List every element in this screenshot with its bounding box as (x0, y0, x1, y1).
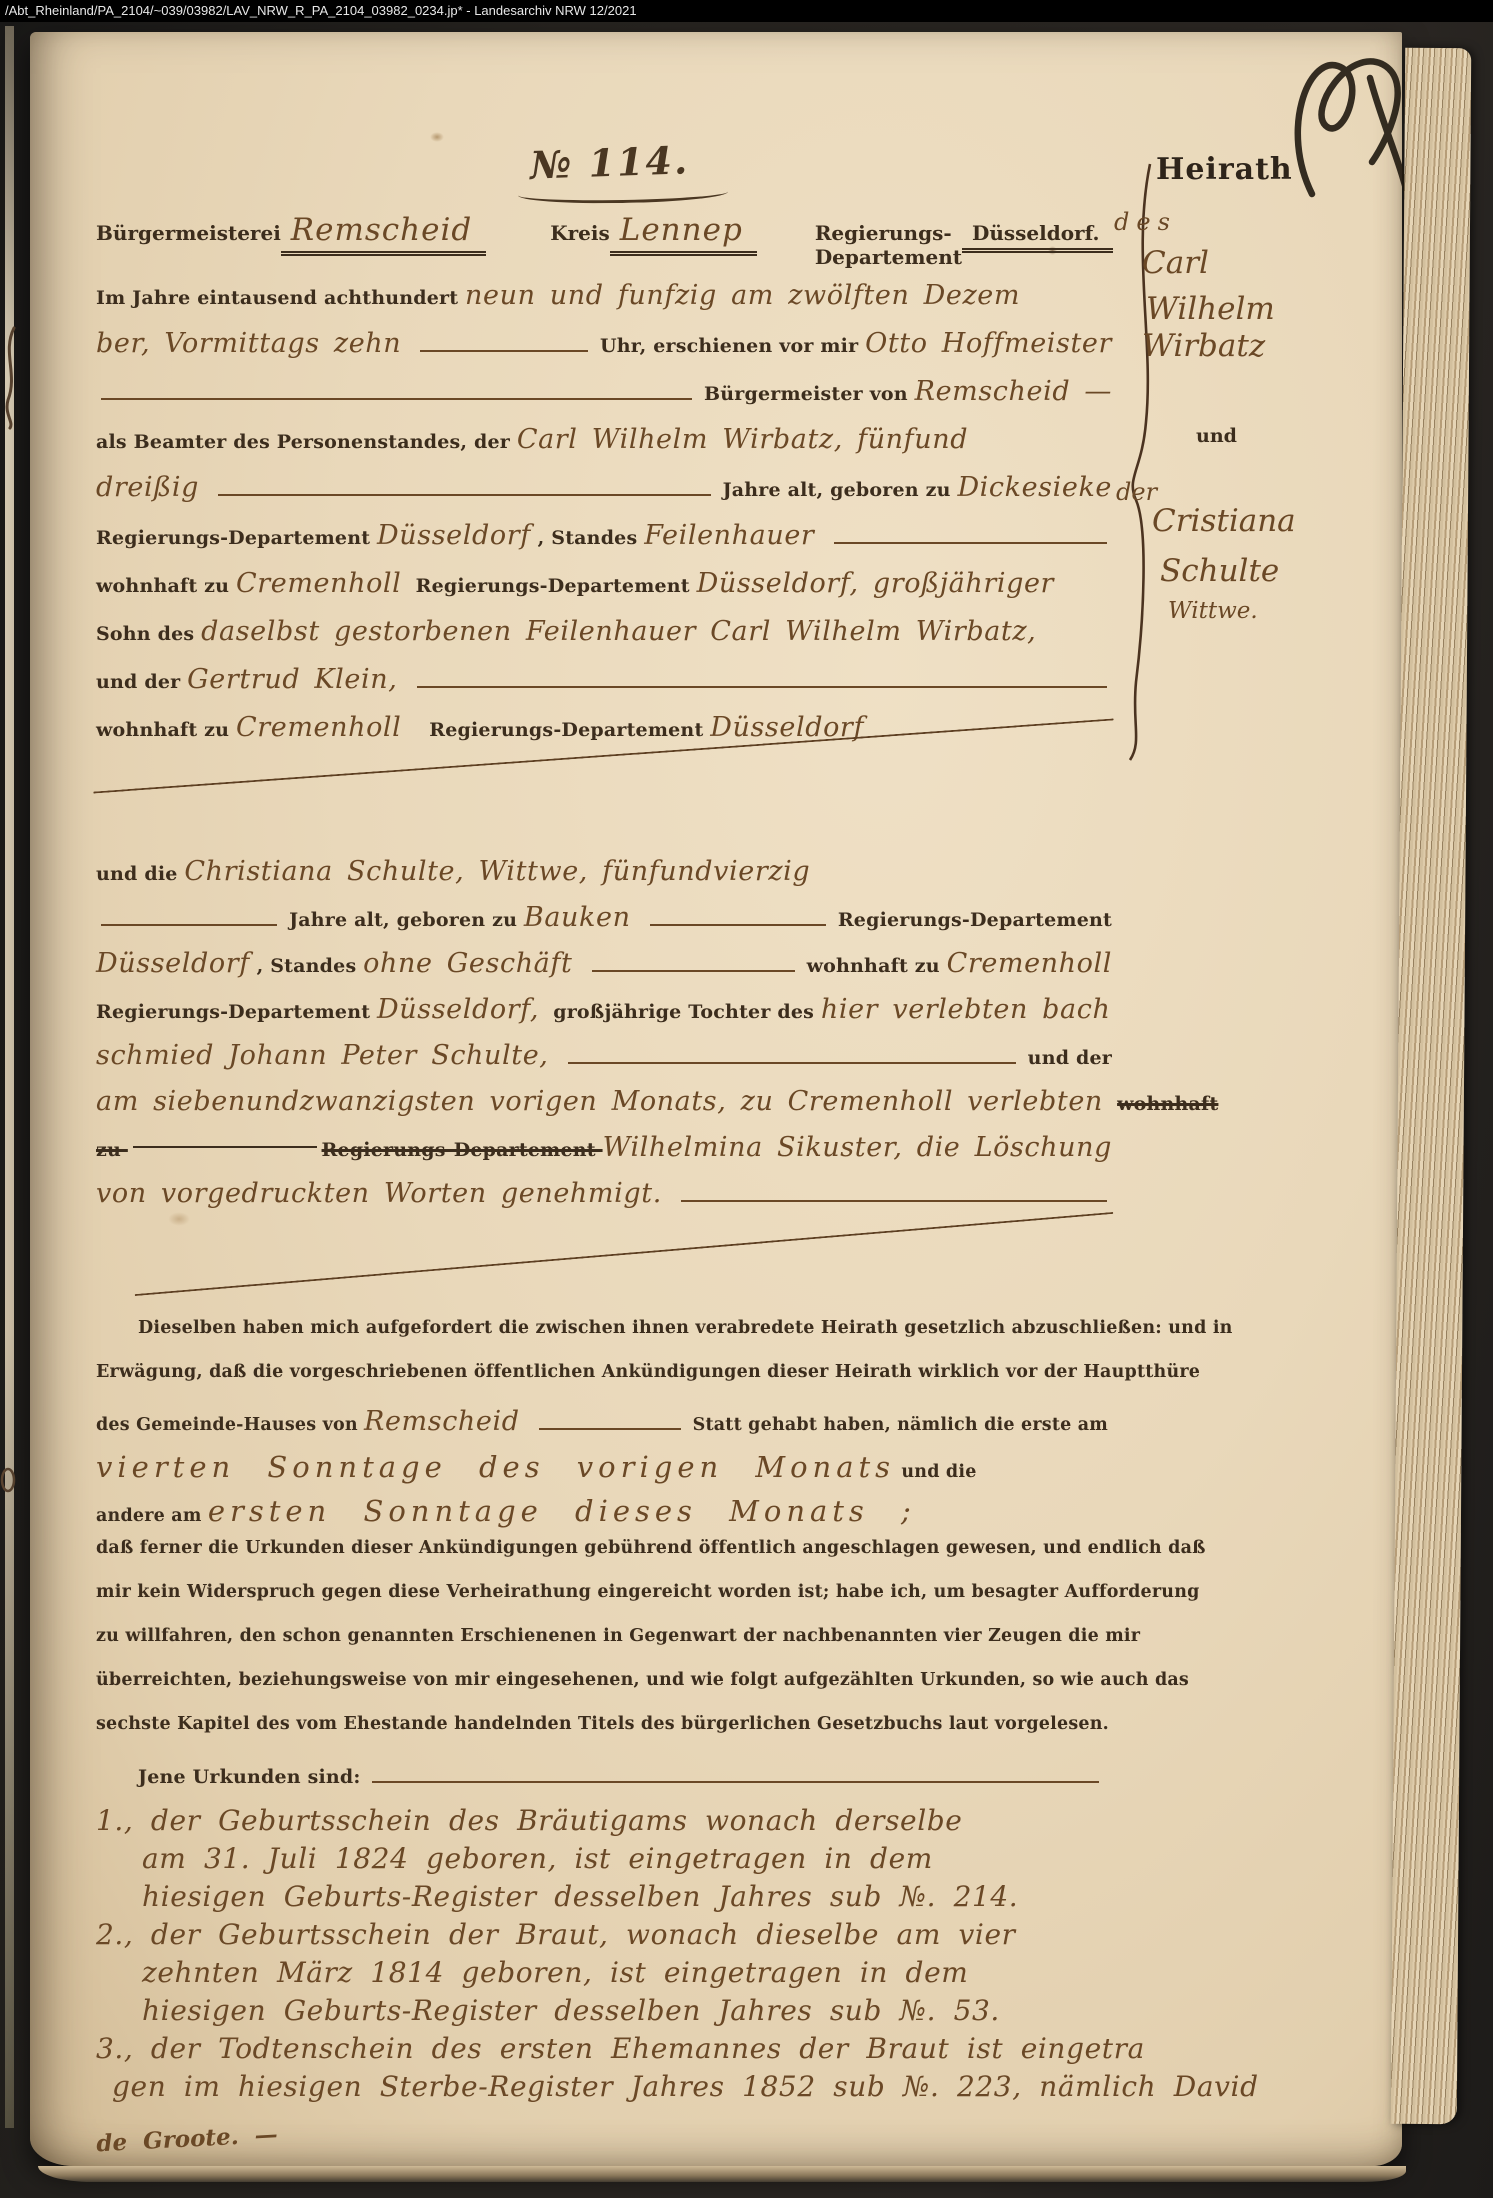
handwritten-text: Wilhelmina Sikuster, die Löschung (603, 1132, 1112, 1163)
printed-text: großjährige Tochter des (553, 1001, 821, 1023)
announcement-paragraph: Dieselben haben mich aufgefordert die zw… (96, 1318, 1108, 1758)
document-line: vierten Sonntage des vorigen Monats und … (96, 1450, 1108, 1494)
printed-text: Im Jahre eintausend achthundert (96, 287, 465, 309)
document-line: zu Regierungs-Departement Wilhelmina Sik… (96, 1132, 1112, 1178)
buergermeisterei-value: Remscheid (281, 212, 486, 256)
margin-heading: Heirath (1156, 152, 1293, 187)
printed-text: daß ferner die Urkunden dieser Ankündigu… (96, 1538, 1206, 1558)
ink-rule (568, 1048, 1016, 1064)
ink-rule (834, 528, 1107, 544)
printed-text: zu willfahren, den schon genannten Ersch… (96, 1626, 1140, 1646)
groom-section: Im Jahre eintausend achthundert neun und… (96, 280, 1112, 760)
printed-text: und der (96, 671, 187, 693)
ink-rule (101, 910, 277, 926)
handwritten-text: hiesigen Geburts-Register desselben Jahr… (142, 1880, 1018, 1913)
handwritten-text: ber, Vormittags zehn (96, 328, 415, 359)
ink-rule (218, 480, 711, 496)
document-line: mir kein Widerspruch gegen diese Verheir… (96, 1582, 1108, 1626)
handwritten-text: am siebenundzwanzigsten vorigen Monats, … (96, 1086, 1117, 1117)
ink-rule (417, 672, 1107, 688)
handwritten-text: hiesigen Geburts-Register desselben Jahr… (142, 1994, 1000, 2027)
document-line: Düsseldorf , Standes ohne Geschäft wohnh… (96, 948, 1112, 994)
printed-text: Dieselben haben mich aufgefordert die zw… (138, 1318, 1233, 1338)
document-line: ber, Vormittags zehn Uhr, erschienen vor… (96, 328, 1112, 376)
documents-list: Jene Urkunden sind: 1., der Geburtsschei… (96, 1766, 1104, 2142)
kreis-label: Kreis (550, 221, 610, 245)
margin-groom-name: Wilhelm (1146, 291, 1275, 327)
document-line: hiesigen Geburts-Register desselben Jahr… (96, 1880, 1104, 1918)
handwritten-text: Düsseldorf (377, 520, 531, 551)
document-line: Jahre alt, geboren zu Bauken Regierungs-… (96, 902, 1112, 948)
printed-text: Sohn des (96, 623, 201, 645)
document-line: Regierungs-Departement Düsseldorf, großj… (96, 994, 1112, 1040)
document-line: des Gemeinde-Hauses von Remscheid Statt … (96, 1406, 1108, 1450)
handwritten-text: vierten Sonntage des vorigen Monats (96, 1450, 895, 1484)
margin-connector: und (1196, 425, 1237, 447)
struck-text: zu (96, 1139, 128, 1161)
window-title-text: /Abt_Rheinland/PA_2104/~039/03982/LAV_NR… (5, 3, 637, 18)
handwritten-text: de Groote. — (96, 2121, 279, 2157)
handwritten-text: ohne Geschäft (363, 948, 586, 979)
margin-groom-name: Wirbatz (1142, 328, 1265, 364)
document-line: andere am ersten Sonntage dieses Monats … (96, 1494, 1108, 1538)
printed-text: Regierungs-Departement (416, 575, 697, 597)
printed-text: des Gemeinde-Hauses von (96, 1415, 364, 1435)
document-line: Bürgermeister von Remscheid — (96, 376, 1112, 424)
record-number: № 114. (529, 137, 690, 188)
handwritten-text: Cremenholl (236, 712, 416, 743)
document-line: wohnhaft zu Cremenholl Regierungs-Depart… (96, 712, 1112, 760)
handwritten-text: schmied Johann Peter Schulte, (96, 1040, 563, 1071)
printed-text: Erwägung, daß die vorgeschriebenen öffen… (96, 1362, 1200, 1382)
handwritten-text: 2., der Geburtsschein der Braut, wonach … (96, 1918, 1016, 1951)
printed-text: , Standes (531, 527, 644, 549)
printed-text: Regierungs-Departement (96, 1001, 377, 1023)
margin-bride-name: Schulte (1160, 553, 1279, 589)
ink-rule (420, 336, 588, 352)
document-line: hiesigen Geburts-Register desselben Jahr… (96, 1994, 1104, 2032)
document-line: daß ferner die Urkunden dieser Ankündigu… (96, 1538, 1108, 1582)
printed-text: und die (96, 863, 184, 885)
form-header-row: Bürgermeisterei Remscheid Kreis Lennep R… (96, 212, 1110, 269)
handwritten-text: Dickesieke (957, 472, 1112, 503)
document-line: am siebenundzwanzigsten vorigen Monats, … (96, 1086, 1112, 1132)
ink-rule (592, 956, 795, 972)
handwritten-text: Feilenhauer (644, 520, 828, 551)
margin-bride-name: Wittwe. (1168, 598, 1258, 624)
margin-bride-name: Cristiana (1152, 503, 1296, 539)
handwritten-text: hier verlebten bach (821, 994, 1111, 1025)
handwritten-text: Düsseldorf (96, 948, 250, 979)
ink-rule (681, 1186, 1107, 1202)
handwritten-text: Remscheid — (915, 376, 1112, 407)
printed-text: und die (895, 1462, 977, 1482)
ink-rule (101, 384, 692, 400)
document-line: zehnten März 1814 geboren, ist eingetrag… (96, 1956, 1104, 1994)
document-line: Erwägung, daß die vorgeschriebenen öffen… (96, 1362, 1108, 1406)
document-line: schmied Johann Peter Schulte, und der (96, 1040, 1112, 1086)
document-line: von vorgedruckten Worten genehmigt. (96, 1178, 1112, 1224)
printed-text: wohnhaft zu (96, 575, 236, 597)
book-page-stack-edges (1391, 48, 1471, 2124)
ink-rule (372, 1767, 1099, 1783)
document-line: Sohn des daselbst gestorbenen Feilenhaue… (96, 616, 1112, 664)
document-line: Dieselben haben mich aufgefordert die zw… (96, 1318, 1108, 1362)
ink-rule (133, 1132, 317, 1148)
document-line: zu willfahren, den schon genannten Ersch… (96, 1626, 1108, 1670)
handwritten-text: neun und funfzig am zwölften Dezem (465, 280, 1020, 311)
handwritten-text: Düsseldorf, (377, 994, 553, 1025)
bride-section: und die Christiana Schulte, Wittwe, fünf… (96, 856, 1112, 1224)
printed-text: Jahre alt, geboren zu (716, 479, 958, 501)
printed-text: Bürgermeister von (697, 383, 914, 405)
document-line: 2., der Geburtsschein der Braut, wonach … (96, 1918, 1104, 1956)
left-page-ink-mark (0, 322, 22, 432)
document-line: 3., der Todtenschein des ersten Ehemanne… (96, 2032, 1104, 2070)
regierungs-departement-value: Düsseldorf. (962, 221, 1113, 253)
printed-text: Regierungs-Departement (831, 909, 1112, 931)
handwritten-text: Düsseldorf, großjähriger (697, 568, 1054, 599)
handwritten-text: Otto Hoffmeister (865, 328, 1112, 359)
handwritten-text: ersten Sonntage dieses Monats ; (208, 1494, 916, 1528)
book-page: № 114. Heirath des Carl Wilhelm Wirbatz … (30, 32, 1402, 2166)
printed-text: wohnhaft zu (800, 955, 947, 977)
left-page-ink-mark (0, 1460, 18, 1500)
margin-groom-intro: des (1114, 208, 1177, 236)
document-line: Im Jahre eintausend achthundert neun und… (96, 280, 1112, 328)
printed-text: als Beamter des Personenstandes, der (96, 431, 517, 453)
paper-stain (430, 132, 444, 142)
document-line: wohnhaft zu Cremenholl Regierungs-Depart… (96, 568, 1112, 616)
handwritten-text: Carl Wilhelm Wirbatz, fünfund (517, 424, 968, 455)
printed-text: Regierungs-Departement (416, 719, 711, 741)
printed-text: andere am (96, 1506, 208, 1526)
handwritten-text: Bauken (524, 902, 645, 933)
printed-text: Regierungs-Departement (96, 527, 377, 549)
scan-photo-background: № 114. Heirath des Carl Wilhelm Wirbatz … (0, 22, 1493, 2198)
handwritten-text: 3., der Todtenschein des ersten Ehemanne… (96, 2032, 1145, 2065)
handwritten-text: 1., der Geburtsschein des Bräutigams won… (96, 1804, 962, 1837)
handwritten-text: Remscheid (364, 1406, 534, 1437)
buergermeisterei-label: Bürgermeisterei (96, 221, 281, 245)
printed-text: , Standes (250, 955, 363, 977)
margin-bride-intro: der (1116, 478, 1157, 506)
ink-rule (650, 910, 826, 926)
margin-groom-name: Carl (1142, 245, 1209, 281)
document-line: als Beamter des Personenstandes, der Car… (96, 424, 1112, 472)
printed-text: überreichten, beziehungsweise von mir ei… (96, 1670, 1189, 1690)
handwritten-text: am 31. Juli 1824 geboren, ist eingetrage… (142, 1842, 933, 1875)
document-line: am 31. Juli 1824 geboren, ist eingetrage… (96, 1842, 1104, 1880)
handwritten-text: daselbst gestorbenen Feilenhauer Carl Wi… (201, 616, 1036, 647)
printed-text: Uhr, erschienen vor mir (593, 335, 865, 357)
document-line: dreißig Jahre alt, geboren zu Dickesieke (96, 472, 1112, 520)
diagonal-strike-line (135, 1212, 1114, 1296)
document-line: sechste Kapitel des vom Ehestande handel… (96, 1714, 1108, 1758)
handwritten-text: Cremenholl (236, 568, 416, 599)
handwritten-text: Gertrud Klein, (187, 664, 411, 695)
handwritten-text: Christiana Schulte, Wittwe, fünfundvierz… (184, 856, 810, 887)
printed-text: und der (1021, 1047, 1112, 1069)
printed-text: wohnhaft zu (96, 719, 236, 741)
window-titlebar[interactable]: /Abt_Rheinland/PA_2104/~039/03982/LAV_NR… (0, 0, 1493, 22)
handwritten-text: zehnten März 1814 geboren, ist eingetrag… (142, 1956, 968, 1989)
printed-text: Statt gehabt haben, nämlich die erste am (686, 1415, 1108, 1435)
printed-text: sechste Kapitel des vom Ehestande handel… (96, 1714, 1109, 1734)
margin-column: Heirath des Carl Wilhelm Wirbatz und der… (1112, 152, 1412, 792)
document-line: und die Christiana Schulte, Wittwe, fünf… (96, 856, 1112, 902)
printed-text: Jene Urkunden sind: (138, 1766, 367, 1788)
handwritten-text: von vorgedruckten Worten genehmigt. (96, 1178, 676, 1209)
printed-text: Jahre alt, geboren zu (282, 909, 524, 931)
kreis-value: Lennep (610, 212, 757, 256)
document-line: Jene Urkunden sind: (96, 1766, 1104, 1804)
handwritten-text: dreißig (96, 472, 213, 503)
ink-rule (539, 1414, 682, 1430)
document-line: überreichten, beziehungsweise von mir ei… (96, 1670, 1108, 1714)
document-line: 1., der Geburtsschein des Bräutigams won… (96, 1804, 1104, 1842)
document-line: und der Gertrud Klein, (96, 664, 1112, 712)
document-line: Regierungs-Departement Düsseldorf , Stan… (96, 520, 1112, 568)
struck-text: wohnhaft (1117, 1093, 1218, 1115)
regierungs-departement-label: Regierungs-Departement (815, 221, 962, 269)
struck-text: Regierungs-Departement (322, 1139, 603, 1161)
handwritten-text: Cremenholl (947, 948, 1112, 979)
printed-text: mir kein Widerspruch gegen diese Verheir… (96, 1582, 1200, 1602)
